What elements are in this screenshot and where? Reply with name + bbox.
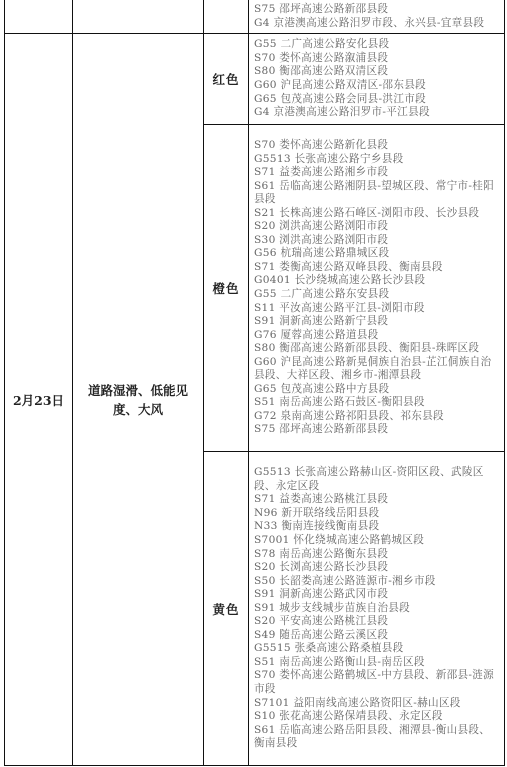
route-item: S61 岳临高速公路湘阴县-望城区段、常宁市-桂阳县段 <box>254 180 500 207</box>
route-item: G0401 长沙绕城高速公路长沙县段 <box>254 274 500 288</box>
route-item: S7001 怀化绕城高速公路鹤城区段 <box>254 534 500 548</box>
hazard-cell-empty <box>73 0 204 34</box>
route-item: S20 平安高速公路桃江县段 <box>254 615 500 629</box>
date-cell: 2月23日 <box>5 34 73 766</box>
route-item: S91 洞新高速公路新宁县段 <box>254 315 500 329</box>
route-item: S50 长韶娄高速公路涟源市-湘乡市段 <box>254 575 500 589</box>
routes-cell-orange: S70 娄怀高速公路新化县段 G5513 长张高速公路宁乡县段 S71 益娄高速… <box>249 125 505 452</box>
route-item: S71 娄衡高速公路双峰县段、衡南县段 <box>254 261 500 275</box>
hazard-cell: 道路湿滑、低能见度、大风 <box>73 34 204 766</box>
route-item: S78 南岳高速公路衡东县段 <box>254 548 500 562</box>
route-item: S30 浏洪高速公路浏阳市段 <box>254 234 500 248</box>
route-item: S75 邵坪高速公路新邵县段 <box>254 423 500 437</box>
route-item: S20 长浏高速公路长沙县段 <box>254 561 500 575</box>
route-item: N96 新开联络线岳阳县段 <box>254 507 500 521</box>
route-item: S75 邵坪高速公路新邵县段 <box>254 3 500 17</box>
route-item: S20 浏洪高速公路浏阳市段 <box>254 220 500 234</box>
road-warning-table: S75 邵坪高速公路新邵县段 G4 京港澳高速公路汨罗市段、永兴县-宜章县段 2… <box>4 0 505 766</box>
date-cell-empty <box>5 0 73 34</box>
routes-cell-red: G55 二广高速公路安化县段 S70 娄怀高速公路溆浦县段 S80 衡邵高速公路… <box>249 34 505 125</box>
route-item: G76 厦蓉高速公路道县段 <box>254 329 500 343</box>
route-item: S70 娄怀高速公路溆浦县段 <box>254 52 500 66</box>
routes-cell-yellow: G5513 长张高速公路赫山区-资阳区段、武陵区段、永定区段 S71 益娄高速公… <box>249 452 505 766</box>
route-item: S91 城步支线城步苗族自治县段 <box>254 602 500 616</box>
route-item: G60 沪昆高速公路双清区-邵东县段 <box>254 79 500 93</box>
route-item: G56 杭瑞高速公路鼎城区段 <box>254 247 500 261</box>
warning-level-red: 红色 <box>204 34 249 125</box>
route-item: S11 平汝高速公路平江县-浏阳市段 <box>254 302 500 316</box>
table-row-previous: S75 邵坪高速公路新邵县段 G4 京港澳高速公路汨罗市段、永兴县-宜章县段 <box>5 0 505 34</box>
route-item: S70 娄怀高速公路鹤城区-中方县段、新邵县-涟源市段 <box>254 669 500 696</box>
route-item: S51 南岳高速公路衡山县-南岳区段 <box>254 656 500 670</box>
route-item: G55 二广高速公路安化县段 <box>254 38 500 52</box>
level-cell-empty <box>204 0 249 34</box>
routes-cell: S75 邵坪高速公路新邵县段 G4 京港澳高速公路汨罗市段、永兴县-宜章县段 <box>249 0 505 34</box>
warning-level-orange: 橙色 <box>204 125 249 452</box>
route-item: S49 随岳高速公路云溪区段 <box>254 629 500 643</box>
route-item: S80 衡邵高速公路新邵县段、衡阳县-珠晖区段 <box>254 342 500 356</box>
route-item: G5513 长张高速公路宁乡县段 <box>254 153 500 167</box>
route-item: G4 京港澳高速公路汨罗市-平江县段 <box>254 106 500 120</box>
route-item: G5515 张桑高速公路桑植县段 <box>254 642 500 656</box>
route-item: S10 张花高速公路保靖县段、永定区段 <box>254 710 500 724</box>
route-item: S7101 益阳南线高速公路资阳区-赫山区段 <box>254 697 500 711</box>
route-item: G60 沪昆高速公路新晃侗族自治县-芷江侗族自治县段、大祥区段、湘乡市-湘潭县段 <box>254 356 500 383</box>
route-item: S70 娄怀高速公路新化县段 <box>254 139 500 153</box>
route-item: G65 包茂高速公路会同县-洪江市段 <box>254 93 500 107</box>
route-item: G65 包茂高速公路中方县段 <box>254 383 500 397</box>
route-item: G55 二广高速公路东安县段 <box>254 288 500 302</box>
route-item: S91 洞新高速公路武冈市段 <box>254 588 500 602</box>
route-item: S51 南岳高速公路石鼓区-衡阳县段 <box>254 396 500 410</box>
table-row-red: 2月23日 道路湿滑、低能见度、大风 红色 G55 二广高速公路安化县段 S70… <box>5 34 505 125</box>
route-item: N33 衡南连接线衡南县段 <box>254 520 500 534</box>
route-item: S80 衡邵高速公路双清区段 <box>254 65 500 79</box>
route-item: S61 岳临高速公路岳阳县段、湘潭县-衡山县段、衡南县段 <box>254 724 500 751</box>
route-item: G72 泉南高速公路祁阳县段、祁东县段 <box>254 410 500 424</box>
route-item: S71 益娄高速公路桃江县段 <box>254 493 500 507</box>
route-item: S71 益娄高速公路湘乡市段 <box>254 166 500 180</box>
route-item: G5513 长张高速公路赫山区-资阳区段、武陵区段、永定区段 <box>254 466 500 493</box>
route-item: S21 长株高速公路石峰区-浏阳市段、长沙县段 <box>254 207 500 221</box>
warning-level-yellow: 黄色 <box>204 452 249 766</box>
route-item: G4 京港澳高速公路汨罗市段、永兴县-宜章县段 <box>254 17 500 31</box>
